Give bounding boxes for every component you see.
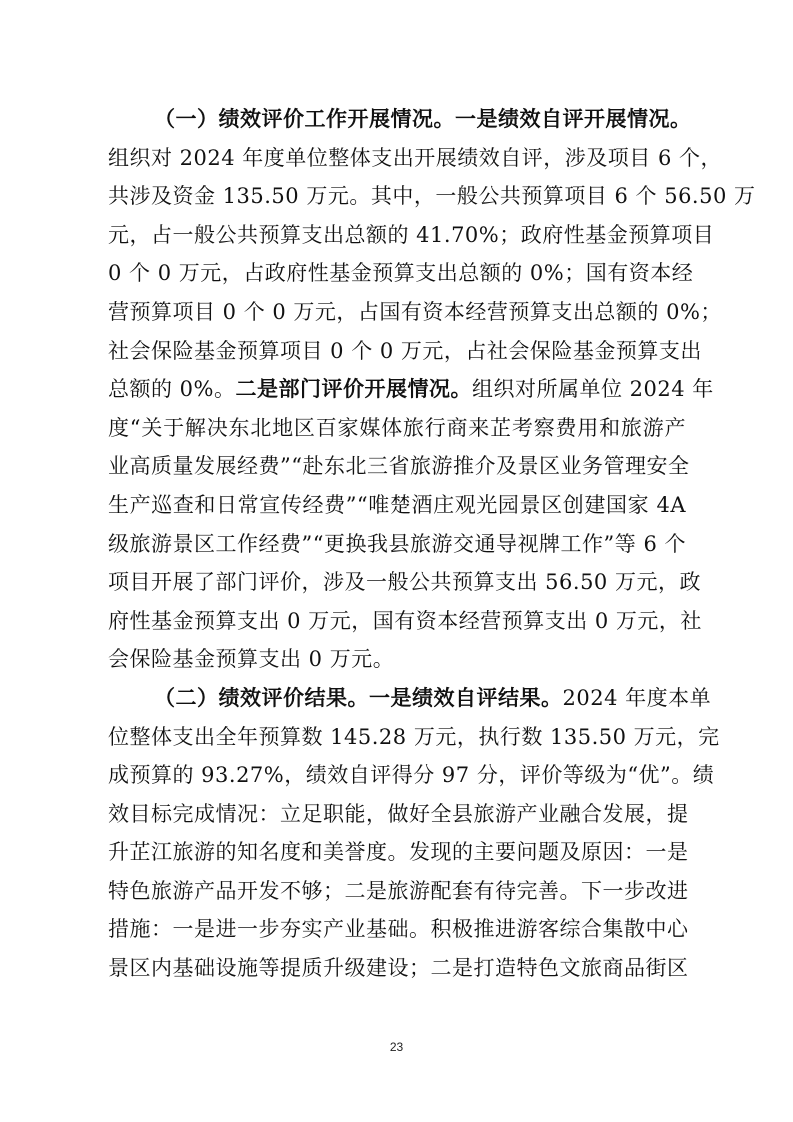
text-line: 组织对 2024 年度单位整体支出开展绩效自评，涉及项目 6 个， [108,139,686,178]
text-line: 府性基金预算支出 0 万元，国有资本经营预算支出 0 万元，社 [108,602,686,641]
text-line: 成预算的 93.27%，绩效自评得分 97 分，评价等级为“优”。绩 [108,756,686,795]
paragraph-text: 2024 年度本单 [563,686,712,710]
paragraph-text: 组织对所属单位 2024 年 [472,377,714,401]
paragraph-text: 成预算的 93.27%，绩效自评得分 97 分，评价等级为“优”。绩 [108,763,714,787]
paragraph-text: 共涉及资金 135.50 万元。其中，一般公共预算项目 6 个 56.50 万 [108,184,756,208]
paragraph-text: 0 个 0 万元，占政府性基金预算支出总额的 0%；国有资本经 [108,261,693,285]
text-line: 位整体支出全年预算数 145.28 万元，执行数 135.50 万元，完 [108,718,686,757]
bold-heading-text: 二是部门评价开展情况。 [236,377,473,401]
text-line: 社会保险基金预算项目 0 个 0 万元，占社会保险基金预算支出 [108,332,686,371]
text-line: （一）绩效评价工作开展情况。一是绩效自评开展情况。 [108,100,686,139]
bold-heading-text: （一）绩效评价工作开展情况。一是绩效自评开展情况。 [154,107,692,131]
text-line: 共涉及资金 135.50 万元。其中，一般公共预算项目 6 个 56.50 万 [108,177,686,216]
paragraph-text: 效目标完成情况：立足职能，做好全县旅游产业融合发展，提 [108,802,689,826]
paragraph-text: 项目开展了部门评价，涉及一般公共预算支出 56.50 万元，政 [108,570,701,594]
text-line: 业高质量发展经费”“赴东北三省旅游推介及景区业务管理安全 [108,447,686,486]
text-line: 措施：一是进一步夯实产业基础。积极推进游客综合集散中心 [108,910,686,949]
text-line: 效目标完成情况：立足职能，做好全县旅游产业融合发展，提 [108,795,686,834]
paragraph-text: 位整体支出全年预算数 145.28 万元，执行数 135.50 万元，完 [108,725,720,749]
paragraph-text: 社会保险基金预算项目 0 个 0 万元，占社会保险基金预算支出 [108,339,702,363]
paragraph-text: 升芷江旅游的知名度和美誉度。发现的主要问题及原因：一是 [108,840,689,864]
paragraph-text: 级旅游景区工作经费”“更换我县旅游交通导视牌工作”等 6 个 [108,532,686,556]
text-line: 会保险基金预算支出 0 万元。 [108,640,686,679]
paragraph-text: 总额的 0%。 [108,377,236,401]
text-line: 0 个 0 万元，占政府性基金预算支出总额的 0%；国有资本经 [108,254,686,293]
page-number: 23 [0,1040,793,1054]
paragraph-text: 业高质量发展经费”“赴东北三省旅游推介及景区业务管理安全 [108,454,689,478]
document-page: （一）绩效评价工作开展情况。一是绩效自评开展情况。组织对 2024 年度单位整体… [0,0,793,1122]
text-line: 度“关于解决东北地区百家媒体旅行商来芷考察费用和旅游产 [108,409,686,448]
text-line: 项目开展了部门评价，涉及一般公共预算支出 56.50 万元，政 [108,563,686,602]
paragraph-text: 景区内基础设施等提质升级建设；二是打造特色文旅商品街区 [108,956,689,980]
text-line: 元，占一般公共预算支出总额的 41.70%；政府性基金预算项目 [108,216,686,255]
paragraph-text: 度“关于解决东北地区百家媒体旅行商来芷考察费用和旅游产 [108,416,686,440]
text-line: 特色旅游产品开发不够；二是旅游配套有待完善。下一步改进 [108,872,686,911]
text-line: 营预算项目 0 个 0 万元，占国有资本经营预算支出总额的 0%； [108,293,686,332]
paragraph-text: 生产巡查和日常宣传经费”“唯楚酒庄观光园景区创建国家 4A [108,493,686,517]
bold-heading-text: （二）绩效评价结果。一是绩效自评结果。 [154,686,563,710]
paragraph-text: 特色旅游产品开发不够；二是旅游配套有待完善。下一步改进 [108,879,689,903]
paragraph-text: 元，占一般公共预算支出总额的 41.70%；政府性基金预算项目 [108,223,714,247]
text-line: 级旅游景区工作经费”“更换我县旅游交通导视牌工作”等 6 个 [108,525,686,564]
paragraph-text: 会保险基金预算支出 0 万元。 [108,647,394,671]
text-line: （二）绩效评价结果。一是绩效自评结果。2024 年度本单 [108,679,686,718]
text-line: 升芷江旅游的知名度和美誉度。发现的主要问题及原因：一是 [108,833,686,872]
text-line: 景区内基础设施等提质升级建设；二是打造特色文旅商品街区 [108,949,686,988]
paragraph-text: 营预算项目 0 个 0 万元，占国有资本经营预算支出总额的 0%； [108,300,722,324]
paragraph-text: 府性基金预算支出 0 万元，国有资本经营预算支出 0 万元，社 [108,609,702,633]
paragraph-text: 组织对 2024 年度单位整体支出开展绩效自评，涉及项目 6 个， [108,146,722,170]
text-line: 生产巡查和日常宣传经费”“唯楚酒庄观光园景区创建国家 4A [108,486,686,525]
paragraph-text: 措施：一是进一步夯实产业基础。积极推进游客综合集散中心 [108,917,689,941]
document-body: （一）绩效评价工作开展情况。一是绩效自评开展情况。组织对 2024 年度单位整体… [108,100,686,988]
text-line: 总额的 0%。二是部门评价开展情况。组织对所属单位 2024 年 [108,370,686,409]
